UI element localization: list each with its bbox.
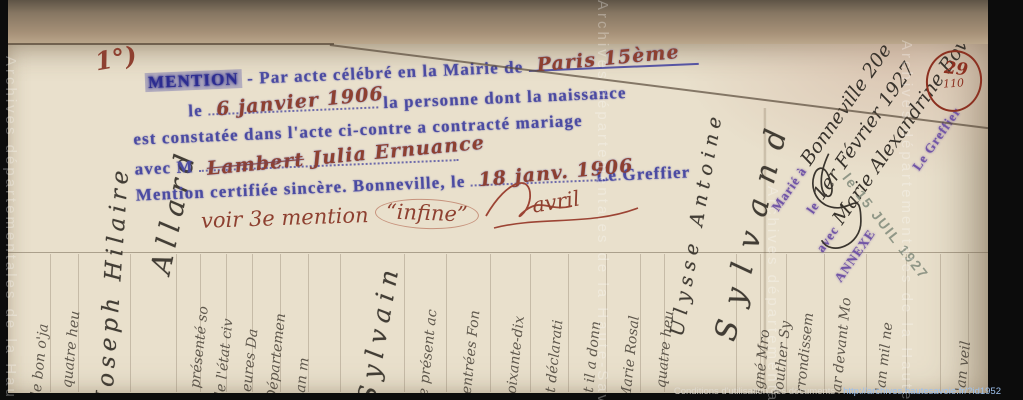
mention-line2-blank: 6 janvier 1906 <box>208 91 379 115</box>
register-column-text: soixante-dix <box>503 315 528 393</box>
ruled-line-vertical <box>50 254 51 392</box>
register-column-text: signé Mro <box>750 329 773 393</box>
ruled-line-vertical <box>606 254 607 392</box>
register-column-text: et il a donn <box>580 320 604 393</box>
ruled-line-vertical <box>130 254 131 392</box>
register-column-text: a présenté so <box>186 305 212 393</box>
ruled-line-vertical <box>446 254 447 392</box>
archive-scan-stage: de bon o'jaà quatre heuJoseph HilaireAll… <box>0 0 1023 400</box>
mention-word: MENTION <box>145 69 243 92</box>
register-column-text: par devant Mo <box>828 297 855 393</box>
register-page: de bon o'jaà quatre heuJoseph HilaireAll… <box>8 44 988 393</box>
register-column-text: heures Da <box>238 328 261 393</box>
ruled-line-vertical <box>404 254 405 392</box>
mention-line2-le: le <box>188 101 203 121</box>
register-column-text: le présent ac <box>415 309 441 393</box>
register-column-text: Douther Sy <box>770 320 794 393</box>
footer-url-text: http://archives.hautesavoie.fr/?id1952 <box>843 386 1001 397</box>
ruled-line-vertical <box>568 254 569 392</box>
mention-line1-handwriting: Paris 15ème <box>536 44 681 76</box>
greffier-signature: avril <box>480 172 650 236</box>
ruled-line-vertical <box>530 254 531 392</box>
scan-background-left <box>0 0 8 400</box>
mention-line4-avec: avec M <box>134 157 194 178</box>
register-binding <box>0 0 1023 46</box>
binding-edge-line <box>0 43 334 45</box>
register-column-text: et déclarati <box>542 319 566 393</box>
mention-line1-blank: Paris 15ème <box>528 48 699 72</box>
margin-note-text: voir 3e mention <box>201 203 369 233</box>
classmark-bottom: 110 <box>927 75 980 92</box>
register-column-text: Sylvain <box>352 261 405 393</box>
mention-line2-text: la personne dont la naissance <box>383 83 627 112</box>
mention-line1-text: - Par acte célébré en la Mairie de <box>247 57 524 88</box>
footer-attribution: Conditions d'utilisation des documents :… <box>674 386 1001 397</box>
scan-background-right <box>988 0 1023 400</box>
register-column-text: de bon o'ja <box>28 323 52 393</box>
ruled-line-vertical <box>490 254 491 392</box>
ruled-line-vertical <box>940 254 941 392</box>
register-column-text: à quatre heu <box>58 310 83 393</box>
register-column-text: de l'état civ <box>212 318 237 393</box>
footer-conditions-text: Conditions d'utilisation des documents : <box>674 386 841 397</box>
register-column-text: l'an m <box>292 357 312 393</box>
register-column-text: rentrées Fon <box>458 310 483 393</box>
register-column-text: L'an mil ne <box>872 321 896 393</box>
mention-line4-blank: LambertJulia Ernuance <box>198 144 458 172</box>
register-column-text: Joseph Hilaire <box>92 165 134 393</box>
ruled-line-vertical <box>340 254 341 392</box>
margin-note-circled-word: “infine” <box>375 197 480 231</box>
register-column-text: arrondissem <box>792 312 817 393</box>
register-column-text: Départemen <box>264 312 289 393</box>
